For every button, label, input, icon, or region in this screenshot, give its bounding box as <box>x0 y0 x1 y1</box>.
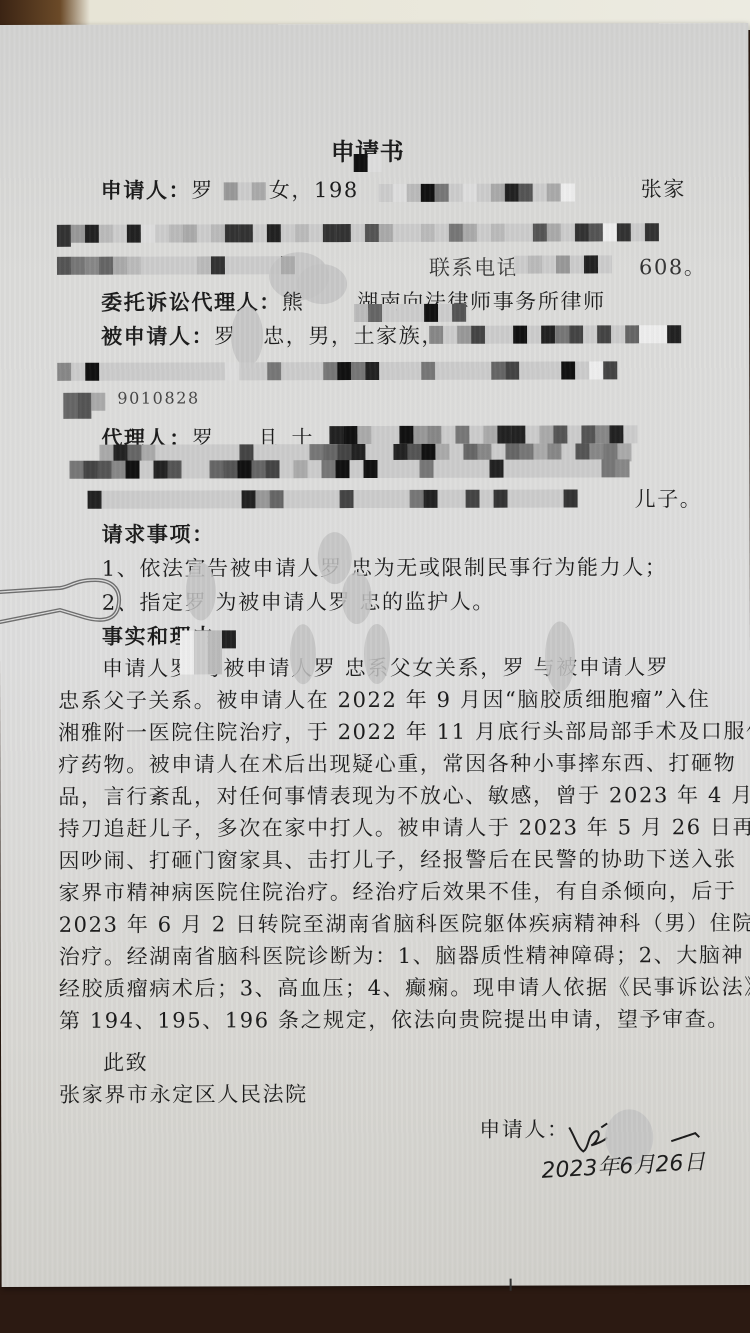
facts-line: 治疗。经湖南省脑科医院诊断为：1、脑器质性精神障碍；2、大脑神 <box>59 939 744 971</box>
applicant-line: 申请人：罗 <box>101 174 214 204</box>
redaction-blur <box>545 621 575 691</box>
applicant-gender: 女，198 <box>269 174 359 204</box>
facts-line: 忠系父子关系。被申请人在 2022 年 9 月因“脑胶质细胞瘤”入住 <box>58 683 710 715</box>
redaction-blur <box>231 306 263 366</box>
redaction-mosaic <box>63 393 105 419</box>
requests-heading: 请求事项： <box>102 518 215 548</box>
redaction-mosaic <box>379 183 575 202</box>
background-table <box>0 1283 750 1333</box>
document-page: 申请书 申请人：罗 女，198 张家 联系电话 608。 委托诉讼代理人：熊 湖… <box>0 23 750 1287</box>
redaction-mosaic <box>224 182 266 200</box>
binder-clip-icon <box>0 578 130 628</box>
redaction-mosaic <box>514 255 612 273</box>
redaction-mosaic <box>57 256 295 275</box>
redaction-blur <box>364 624 390 684</box>
facts-line: 家界市精神病医院住院治疗。经治疗后效果不佳，有自杀倾向，后于 <box>59 875 737 907</box>
redaction-blur <box>186 562 216 620</box>
redaction-mosaic <box>88 489 578 508</box>
applicant-phone-label: 联系电话 <box>429 252 519 282</box>
closing-salutation: 此致 <box>103 1047 148 1077</box>
redaction-blur <box>297 264 347 304</box>
facts-line: 因吵闹、打砸门窗家具、击打儿子，经报警后在民警的协助下送入张 <box>58 843 736 875</box>
redaction-mosaic <box>429 325 681 344</box>
applicant-name: 罗 <box>191 178 214 202</box>
facts-line: 第 194、195、196 条之规定，依法向贵院提出申请，望予审查。 <box>59 1003 730 1035</box>
signer-label: 申请人： <box>479 1113 569 1143</box>
request-item-2: 2、指定罗 为被申请人罗 忠的监护人。 <box>102 586 495 617</box>
redaction-mosaic <box>180 630 236 674</box>
applicant-phone-end: 608。 <box>639 251 707 281</box>
facts-line: 持刀追赶儿子，多次在家中打人。被申请人于 2023 年 5 月 26 日再次 <box>58 811 750 843</box>
redaction-mosaic <box>57 361 617 380</box>
facts-line: 品，言行紊乱，对任何事情表现为不放心、敏感，曾于 2023 年 4 月 <box>58 779 750 811</box>
redaction-mosaic <box>354 154 382 172</box>
facts-line: 疗药物。被申请人在术后出现疑心重，常因各种小事摔东西、打砸物 <box>58 747 736 779</box>
addressee-court: 张家界市永定区人民法院 <box>59 1078 308 1109</box>
agent-line: 委托诉讼代理人：熊 <box>101 286 304 317</box>
facts-line: 2023 年 6 月 2 日转院至湖南省脑科医院躯体疾病精神科（男）住院 <box>59 907 750 939</box>
redaction-mosaic <box>69 459 629 478</box>
applicant-address-start: 张家 <box>641 173 686 203</box>
redaction-blur <box>318 532 352 584</box>
redaction-blur <box>290 624 316 684</box>
respondent-id-tail: 9010828 <box>117 388 200 407</box>
respondent-line: 被申请人：罗 <box>101 320 237 350</box>
respondent-details: 忠，男，土家族， <box>263 320 444 350</box>
redaction-mosaic <box>57 223 659 247</box>
redaction-blur <box>342 572 372 624</box>
facts-line: 湘雅附一医院住院治疗，于 2022 年 11 月底行头部局部手术及口服化 <box>58 715 750 747</box>
redaction-mosaic <box>329 425 637 444</box>
handwritten-date: 2023年6月26日 <box>541 1145 706 1185</box>
respondent-label: 被申请人： <box>101 323 214 348</box>
respondent-agent-relation: 儿子。 <box>635 483 703 513</box>
paper-mark <box>510 1279 512 1291</box>
facts-line: 经胶质瘤病术后；3、高血压；4、癫痫。现申请人依据《民事诉讼法》 <box>59 971 750 1003</box>
applicant-label: 申请人： <box>101 177 191 202</box>
